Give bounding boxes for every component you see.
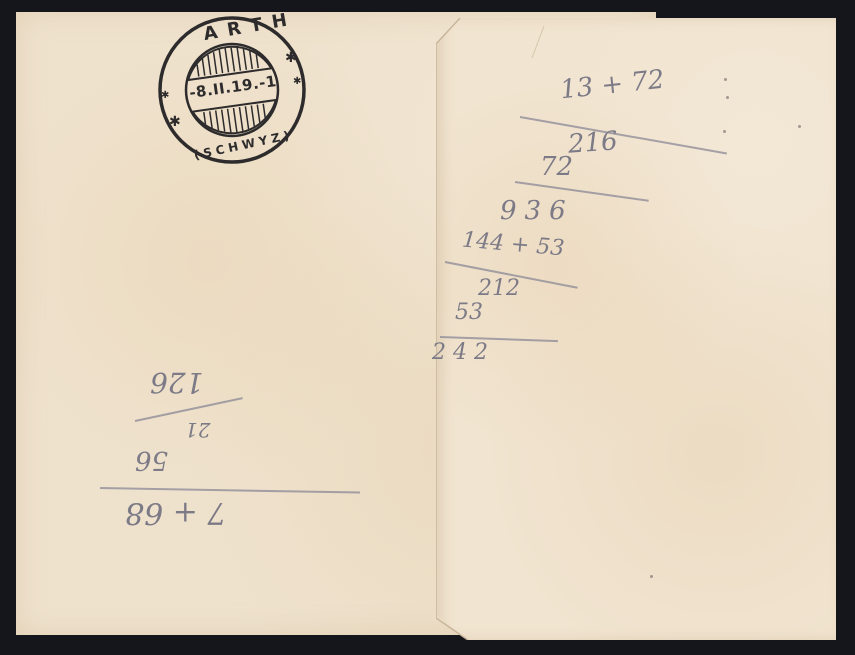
paper-speck bbox=[726, 96, 729, 99]
pencil-line: 72 bbox=[540, 152, 573, 182]
pencil-line: 212 bbox=[478, 276, 520, 301]
postmark: ✱ ✱ ✱ ✱ ARTH -8.II.19.-1 (SCHWYZ) bbox=[153, 14, 311, 166]
paper-speck bbox=[650, 575, 653, 578]
svg-text:✱: ✱ bbox=[293, 76, 301, 87]
paper-speck bbox=[723, 130, 726, 133]
pencil-line: 53 bbox=[455, 300, 483, 325]
pencil-line: 216 bbox=[567, 126, 619, 159]
pencil-line: 2 4 2 bbox=[432, 340, 488, 365]
svg-text:✱: ✱ bbox=[285, 50, 297, 66]
cover-flap-panel bbox=[436, 18, 836, 640]
pencil-line: 21 bbox=[185, 418, 210, 442]
pencil-line: 7 + 68 bbox=[125, 495, 226, 530]
paper-speck bbox=[798, 125, 801, 128]
pencil-line: 936 bbox=[500, 196, 574, 226]
svg-text:✱: ✱ bbox=[161, 90, 169, 101]
pencil-line: 126 bbox=[150, 366, 203, 399]
svg-text:✱: ✱ bbox=[169, 114, 181, 130]
paper-speck bbox=[724, 78, 727, 81]
pencil-line: 56 bbox=[135, 445, 168, 475]
